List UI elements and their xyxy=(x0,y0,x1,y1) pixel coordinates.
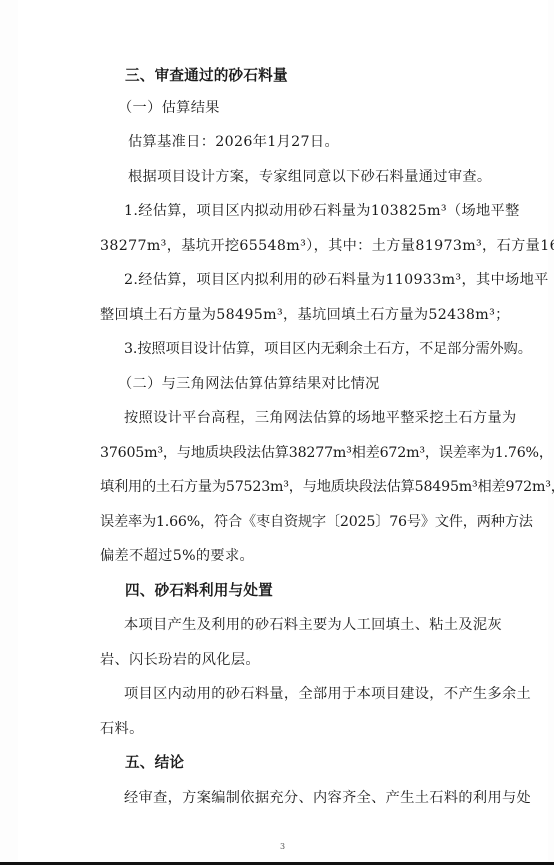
section-heading-5: 五、结论 xyxy=(125,754,184,772)
paragraph-comparison-line-1: 按照设计平台高程，三角网法估算的场地平整采挖土石方量为 xyxy=(124,409,517,427)
subsection-heading-comparison: （二）与三角网法估算估算结果对比情况 xyxy=(118,375,380,393)
paragraph-item-1-line-1: 1.经估算，项目区内拟动用砂石料量为103825m³（场地平整 xyxy=(124,202,520,220)
paragraph-item-1-line-2: 38277m³，基坑开挖65548m³），其中：土方量81973m³，石方量16… xyxy=(100,237,554,255)
paragraph-item-3: 3.按照项目设计估算，项目区内无剩余土石方，不足部分需外购。 xyxy=(124,340,532,358)
paragraph-comparison-line-2: 37605m³，与地质块段法估算38277m³相差672m³，误差率为1.76%… xyxy=(100,444,554,462)
paragraph-base-date: 估算基准日：2026年1月27日。 xyxy=(128,133,339,151)
paragraph-usage-line-2: 石料。 xyxy=(100,720,144,738)
section-heading-3: 三、审查通过的砂石料量 xyxy=(125,67,288,85)
paragraph-item-2-line-2: 整回填土石方量为58495m³，基坑回填土石方量为52438m³； xyxy=(100,306,510,324)
page-number: 3 xyxy=(280,842,285,851)
paragraph-usage-line-1: 项目区内动用的砂石料量，全部用于本项目建设，不产生多余土 xyxy=(124,685,531,703)
paragraph-approval: 根据项目设计方案，专家组同意以下砂石料量通过审查。 xyxy=(128,168,491,186)
section-heading-4: 四、砂石料利用与处置 xyxy=(125,582,273,600)
paragraph-conclusion-line-1: 经审查，方案编制依据充分、内容齐全、产生土石料的利用与处 xyxy=(124,789,531,807)
paragraph-comparison-line-5: 偏差不超过5%的要求。 xyxy=(100,547,254,565)
paragraph-comparison-line-4: 误差率为1.66%，符合《枣自资规字〔2025〕76号》文件，两种方法 xyxy=(100,513,533,531)
paragraph-materials-line-2: 岩、闪长玢岩的风化层。 xyxy=(100,651,260,669)
paragraph-materials-line-1: 本项目产生及利用的砂石料主要为人工回填土、粘土及泥灰 xyxy=(124,616,502,634)
document-page xyxy=(18,0,548,862)
paragraph-item-2-line-1: 2.经估算，项目区内拟利用的砂石料量为110933m³，其中场地平 xyxy=(124,271,549,289)
paragraph-comparison-line-3: 填利用的土石方量为57523m³，与地质块段法估算58495m³相差972m³， xyxy=(100,478,554,496)
subsection-heading-estimate: （一）估算结果 xyxy=(118,99,220,117)
